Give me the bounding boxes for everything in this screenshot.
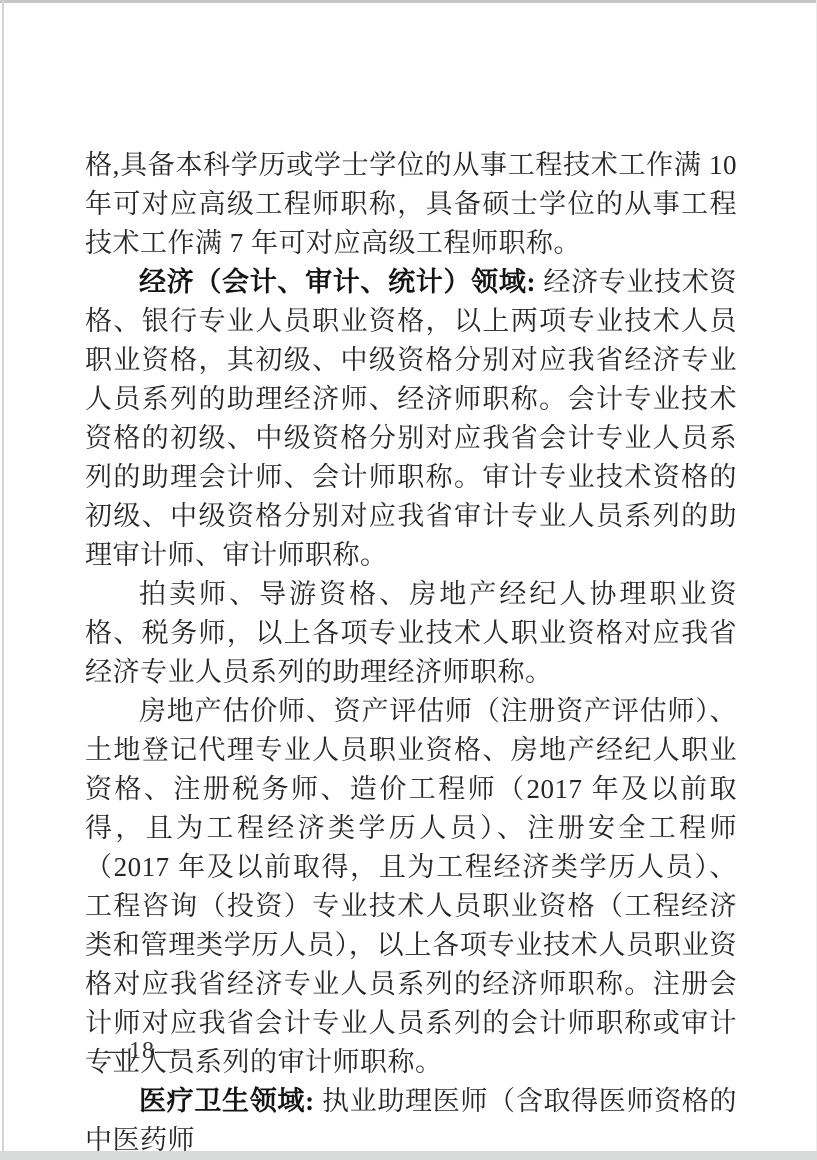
paragraph-text: 拍卖师、导游资格、房地产经纪人协理职业资格、税务师，以上各项专业技术人职业资格对… — [85, 579, 737, 687]
paragraph: 经济（会计、审计、统计）领域: 经济专业技术资格、银行专业人员职业资格，以上两项… — [85, 263, 737, 575]
paragraph: 房地产估价师、资产评估师（注册资产评估师）、土地登记代理专业人员职业资格、房地产… — [85, 692, 737, 1082]
paragraph: 医疗卫生领域: 执业助理医师（含取得医师资格的中医药师 — [85, 1082, 737, 1160]
document-page: 格,具备本科学历或学士学位的从事工程技术工作满 10 年可对应高级工程师职称，具… — [0, 0, 817, 1160]
paragraph: 格,具备本科学历或学士学位的从事工程技术工作满 10 年可对应高级工程师职称，具… — [85, 146, 737, 263]
document-body: 格,具备本科学历或学士学位的从事工程技术工作满 10 年可对应高级工程师职称，具… — [85, 146, 737, 1160]
section-heading: 经济（会计、审计、统计）领域: — [139, 267, 536, 297]
page-number: —18— — [104, 1038, 180, 1065]
page-edge-left — [2, 0, 4, 1160]
paragraph-text: 格,具备本科学历或学士学位的从事工程技术工作满 10 年可对应高级工程师职称，具… — [85, 150, 737, 258]
section-heading: 医疗卫生领域: — [139, 1086, 315, 1116]
page-edge-top — [0, 0, 817, 3]
paragraph: 拍卖师、导游资格、房地产经纪人协理职业资格、税务师，以上各项专业技术人职业资格对… — [85, 575, 737, 692]
paragraph-text: 房地产估价师、资产评估师（注册资产评估师）、土地登记代理专业人员职业资格、房地产… — [85, 696, 737, 1077]
paragraph-text: 经济专业技术资格、银行专业人员职业资格，以上两项专业技术人员职业资格，其初级、中… — [85, 267, 737, 570]
